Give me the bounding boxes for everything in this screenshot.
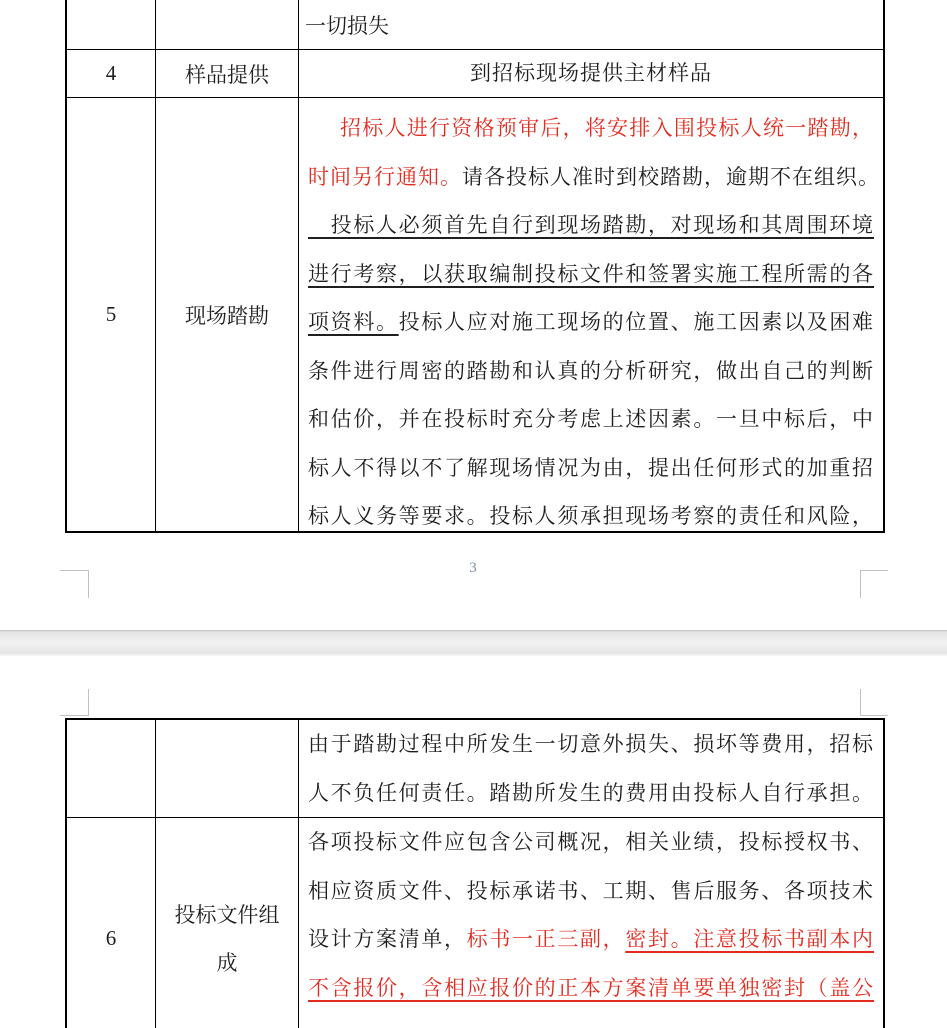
black-run: 由于踏勘过程中所发生一切意外损失、损坏等费用，招标 bbox=[308, 732, 874, 756]
row6-content-cell[interactable]: 各项投标文件应包含公司概况，相关业绩，投标授权书、 相应资质文件、投标承诺书、工… bbox=[298, 817, 883, 1028]
cont-row-line-2: 人不负任何责任。踏勘所发生的费用由投标人自行承担。 bbox=[308, 769, 874, 818]
row5-line-1: 招标人进行资格预审后，将安排入围投标人统一踏勘， bbox=[308, 104, 874, 153]
black-run: 标人不得以不了解现场情况为由，提出任何形式的加重招 bbox=[308, 456, 874, 480]
black-run: 设计方案清单， bbox=[308, 927, 467, 951]
underlined-run: 项资料。 bbox=[308, 310, 399, 334]
row5-line-2: 时间另行通知。请各投标人准时到校踏勘，逾期不在组织。 bbox=[308, 153, 874, 202]
row5-number-cell[interactable]: 5 bbox=[67, 97, 155, 531]
row4-content-cell[interactable]: 到招标现场提供主材样品 bbox=[298, 49, 883, 97]
row6-label-line1: 投标文件组 bbox=[175, 891, 280, 939]
row5-label-cell[interactable]: 现场踏勘 bbox=[155, 97, 298, 531]
row4-content-text: 到招标现场提供主材样品 bbox=[470, 49, 712, 97]
underlined-run: 进行考察，以获取编制投标文件和签署实施工程所需的各 bbox=[308, 262, 874, 286]
cont-row-label-cell[interactable] bbox=[155, 720, 298, 817]
black-run: 标人义务等要求。投标人须承担现场考察的责任和风险， bbox=[308, 504, 874, 528]
tender-table-page1: 一切损失 4 样品提供 到招标现场提供主材样品 5 现场踏勘 招标人进行资格预审… bbox=[65, 0, 885, 533]
row4-label-cell[interactable]: 样品提供 bbox=[155, 49, 298, 97]
row6-line-2: 相应资质文件、投标承诺书、工期、售后服务、各项技术 bbox=[308, 867, 874, 916]
row6-label-cell[interactable]: 投标文件组 成 bbox=[155, 817, 298, 1028]
red-underlined-run: 不含报价，含相应报价的正本方案清单要单独密封（盖公 bbox=[308, 976, 874, 1000]
row5-line-6: 条件进行周密的踏勘和认真的分析研究，做出自己的判断 bbox=[308, 347, 874, 396]
margin-crop-mark-icon bbox=[860, 715, 888, 716]
red-run: 标书一正三副， bbox=[467, 927, 626, 951]
black-run: 各项投标文件应包含公司概况，相关业绩，投标授权书、 bbox=[308, 830, 874, 854]
row5-line-9: 标人义务等要求。投标人须承担现场考察的责任和风险， bbox=[308, 492, 874, 531]
prev-row-label-cell[interactable] bbox=[155, 0, 298, 49]
prev-row-content-text: 一切损失 bbox=[305, 10, 389, 40]
margin-crop-mark-icon bbox=[88, 689, 89, 716]
row5-content-cell[interactable]: 招标人进行资格预审后，将安排入围投标人统一踏勘， 时间另行通知。请各投标人准时到… bbox=[298, 97, 883, 531]
margin-crop-mark-icon bbox=[88, 570, 89, 598]
cont-row-number-cell[interactable] bbox=[67, 720, 155, 817]
row6-line-3: 设计方案清单，标书一正三副，密封。注意投标书副本内 bbox=[308, 915, 874, 964]
red-underlined-run: 密封。注意投标书副本内 bbox=[625, 927, 874, 951]
black-run: 请各投标人准时到校踏勘，逾期不在组织。 bbox=[462, 165, 880, 189]
row6-number-cell[interactable]: 6 bbox=[67, 817, 155, 1028]
prev-row-number-cell[interactable] bbox=[67, 0, 155, 49]
row6-label-line2: 成 bbox=[217, 939, 238, 987]
black-run: 人不负任何责任。踏勘所发生的费用由投标人自行承担。 bbox=[308, 781, 874, 805]
black-run: 和估价，并在投标时充分考虑上述因素。一旦中标后，中 bbox=[308, 407, 874, 431]
row5-line-7: 和估价，并在投标时充分考虑上述因素。一旦中标后，中 bbox=[308, 395, 874, 444]
tender-table-page2: 由于踏勘过程中所发生一切意外损失、损坏等费用，招标 人不负任何责任。踏勘所发生的… bbox=[65, 718, 885, 1028]
red-run: 招标人进行资格预审后，将安排入围投标人统一踏勘， bbox=[340, 116, 874, 140]
page-number: 3 bbox=[0, 560, 947, 577]
row6-number: 6 bbox=[106, 914, 117, 962]
margin-crop-mark-icon bbox=[60, 570, 88, 571]
row5-line-8: 标人不得以不了解现场情况为由，提出任何形式的加重招 bbox=[308, 444, 874, 493]
row4-label: 样品提供 bbox=[185, 59, 269, 89]
row6-line-4: 不含报价，含相应报价的正本方案清单要单独密封（盖公 bbox=[308, 964, 874, 1013]
row5-line-4: 进行考察，以获取编制投标文件和签署实施工程所需的各 bbox=[308, 250, 874, 299]
margin-crop-mark-icon bbox=[60, 715, 88, 716]
black-run: 相应资质文件、投标承诺书、工期、售后服务、各项技术 bbox=[308, 879, 874, 903]
page-separator bbox=[0, 630, 947, 656]
row5-line-5: 项资料。投标人应对施工现场的位置、施工因素以及困难 bbox=[308, 298, 874, 347]
row5-number: 5 bbox=[106, 302, 117, 327]
black-run: 条件进行周密的踏勘和认真的分析研究，做出自己的判断 bbox=[308, 359, 874, 383]
margin-crop-mark-icon bbox=[860, 689, 861, 716]
row5-line-3: 投标人必须首先自行到现场踏勘，对现场和其周围环境 bbox=[308, 201, 874, 250]
row5-label: 现场踏勘 bbox=[185, 300, 269, 330]
margin-crop-mark-icon bbox=[860, 570, 888, 571]
margin-crop-mark-icon bbox=[860, 570, 861, 598]
row4-number-cell[interactable]: 4 bbox=[67, 49, 155, 97]
row6-line-1: 各项投标文件应包含公司概况，相关业绩，投标授权书、 bbox=[308, 818, 874, 867]
underlined-run: 投标人必须首先自行到现场踏勘，对现场和其周围环境 bbox=[308, 213, 874, 237]
prev-row-content-cell[interactable]: 一切损失 bbox=[298, 0, 883, 49]
cont-row-line-1: 由于踏勘过程中所发生一切意外损失、损坏等费用，招标 bbox=[308, 720, 874, 769]
row4-number: 4 bbox=[106, 61, 117, 86]
black-run: 投标人应对施工现场的位置、施工因素以及困难 bbox=[399, 310, 874, 334]
red-run: 时间另行通知。 bbox=[308, 165, 462, 189]
cont-row-content-cell[interactable]: 由于踏勘过程中所发生一切意外损失、损坏等费用，招标 人不负任何责任。踏勘所发生的… bbox=[298, 720, 883, 817]
